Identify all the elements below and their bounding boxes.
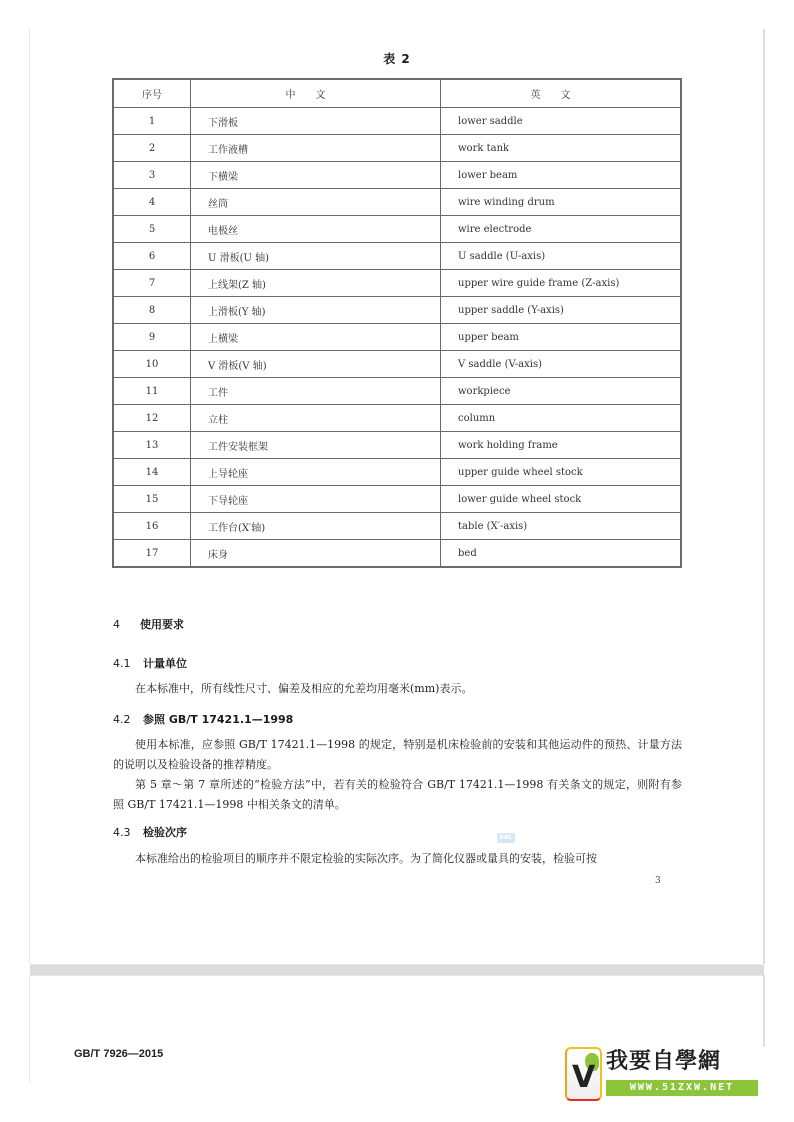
row-english: table (X′-axis): [441, 513, 682, 540]
row-chinese: 工件安装框架: [191, 432, 441, 459]
row-number: 4: [113, 189, 191, 216]
section-number: 4.3: [113, 826, 143, 839]
page1-right-border: [763, 29, 765, 964]
section-number: 4.2: [113, 713, 143, 726]
table-row: 11工件workpiece: [113, 378, 681, 405]
table-row: 8上滑板(Y 轴)upper saddle (Y-axis): [113, 297, 681, 324]
row-number: 15: [113, 486, 191, 513]
table-row: 1下滑板lower saddle: [113, 108, 681, 135]
row-chinese: 上滑板(Y 轴): [191, 297, 441, 324]
row-chinese: 电极丝: [191, 216, 441, 243]
site-logo[interactable]: V 我要自學網 WWW.51ZXW.NET: [565, 1047, 761, 1103]
section-title: 使用要求: [140, 618, 184, 631]
header-english: 英文: [441, 79, 682, 108]
row-number: 1: [113, 108, 191, 135]
row-number: 16: [113, 513, 191, 540]
row-chinese: 上线架(Z 轴): [191, 270, 441, 297]
table-row: 16工作台(X′轴)table (X′-axis): [113, 513, 681, 540]
section-4-3-body: 本标准给出的检验项目的顺序并不限定检验的实际次序。为了简化仪器或量具的安装，检验…: [113, 849, 682, 869]
row-english: upper saddle (Y-axis): [441, 297, 682, 324]
sac-watermark: SAC: [497, 833, 515, 843]
page2-left-border: [29, 975, 30, 1082]
table-row: 4丝筒wire winding drum: [113, 189, 681, 216]
page-number: 3: [655, 876, 661, 886]
section-4-2-body-2: 第 5 章～第 7 章所述的“检验方法”中，若有关的检验符合 GB/T 1742…: [113, 775, 682, 815]
section-number: 4.1: [113, 657, 143, 670]
row-number: 7: [113, 270, 191, 297]
row-english: upper beam: [441, 324, 682, 351]
logo-emblem: V: [565, 1047, 602, 1101]
section-4-1-body: 在本标准中，所有线性尺寸、偏差及相应的允差均用毫米(mm)表示。: [113, 679, 682, 699]
table-row: 17床身bed: [113, 540, 681, 568]
row-english: upper guide wheel stock: [441, 459, 682, 486]
table-title: 表 2: [0, 50, 794, 67]
page1-left-border: [29, 29, 30, 964]
header-chinese: 中文: [191, 79, 441, 108]
logo-name: 我要自學網: [606, 1049, 721, 1075]
row-number: 9: [113, 324, 191, 351]
row-chinese: 工件: [191, 378, 441, 405]
row-number: 17: [113, 540, 191, 568]
row-number: 5: [113, 216, 191, 243]
row-chinese: 上导轮座: [191, 459, 441, 486]
row-chinese: V 滑板(V 轴): [191, 351, 441, 378]
row-english: lower guide wheel stock: [441, 486, 682, 513]
section-title: 计量单位: [143, 657, 187, 670]
row-number: 12: [113, 405, 191, 432]
section-4-1-heading: 4.1计量单位: [113, 655, 187, 671]
row-number: 2: [113, 135, 191, 162]
row-english: lower beam: [441, 162, 682, 189]
section-4-3-heading: 4.3检验次序: [113, 824, 187, 840]
row-english: workpiece: [441, 378, 682, 405]
v-letter-icon: V: [572, 1063, 595, 1093]
row-english: work holding frame: [441, 432, 682, 459]
row-english: bed: [441, 540, 682, 568]
row-chinese: 工作台(X′轴): [191, 513, 441, 540]
table-row: 3下横梁lower beam: [113, 162, 681, 189]
row-chinese: 立柱: [191, 405, 441, 432]
row-english: column: [441, 405, 682, 432]
table-row: 14上导轮座upper guide wheel stock: [113, 459, 681, 486]
row-chinese: 工作液槽: [191, 135, 441, 162]
section-4-heading: 4使用要求: [113, 616, 184, 632]
table-row: 9上横梁upper beam: [113, 324, 681, 351]
row-chinese: 下滑板: [191, 108, 441, 135]
table-row: 13工件安装框架work holding frame: [113, 432, 681, 459]
row-chinese: 下导轮座: [191, 486, 441, 513]
logo-url: WWW.51ZXW.NET: [606, 1080, 758, 1096]
row-english: wire electrode: [441, 216, 682, 243]
row-english: V saddle (V-axis): [441, 351, 682, 378]
table-row: 2工作液槽work tank: [113, 135, 681, 162]
table-row: 12立柱column: [113, 405, 681, 432]
table-row: 7上线架(Z 轴)upper wire guide frame (Z-axis): [113, 270, 681, 297]
table-row: 6U 滑板(U 轴)U saddle (U-axis): [113, 243, 681, 270]
header-no: 序号: [113, 79, 191, 108]
row-english: upper wire guide frame (Z-axis): [441, 270, 682, 297]
row-english: wire winding drum: [441, 189, 682, 216]
row-number: 10: [113, 351, 191, 378]
section-title: 检验次序: [143, 826, 187, 839]
row-chinese: U 滑板(U 轴): [191, 243, 441, 270]
row-chinese: 床身: [191, 540, 441, 568]
row-chinese: 丝筒: [191, 189, 441, 216]
standard-code: GB/T 7926—2015: [74, 1048, 163, 1060]
section-number: 4: [113, 618, 140, 631]
row-chinese: 下横梁: [191, 162, 441, 189]
table-header-row: 序号 中文 英文: [113, 79, 681, 108]
row-number: 3: [113, 162, 191, 189]
page2-right-border: [763, 975, 765, 1047]
row-english: lower saddle: [441, 108, 682, 135]
table-body: 1下滑板lower saddle2工作液槽work tank3下横梁lower …: [113, 108, 681, 568]
row-number: 6: [113, 243, 191, 270]
row-number: 11: [113, 378, 191, 405]
row-english: work tank: [441, 135, 682, 162]
row-number: 13: [113, 432, 191, 459]
row-english: U saddle (U-axis): [441, 243, 682, 270]
table-row: 5电极丝wire electrode: [113, 216, 681, 243]
section-4-2-heading: 4.2参照 GB/T 17421.1—1998: [113, 711, 293, 727]
page-separator: [30, 964, 764, 976]
section-title: 参照 GB/T 17421.1—1998: [143, 713, 293, 726]
table-row: 15下导轮座lower guide wheel stock: [113, 486, 681, 513]
section-4-2-body-1: 使用本标准，应参照 GB/T 17421.1—1998 的规定，特别是机床检验前…: [113, 735, 682, 775]
table-row: 10V 滑板(V 轴)V saddle (V-axis): [113, 351, 681, 378]
row-chinese: 上横梁: [191, 324, 441, 351]
row-number: 8: [113, 297, 191, 324]
row-number: 14: [113, 459, 191, 486]
terms-table: 序号 中文 英文 1下滑板lower saddle2工作液槽work tank3…: [112, 78, 682, 568]
